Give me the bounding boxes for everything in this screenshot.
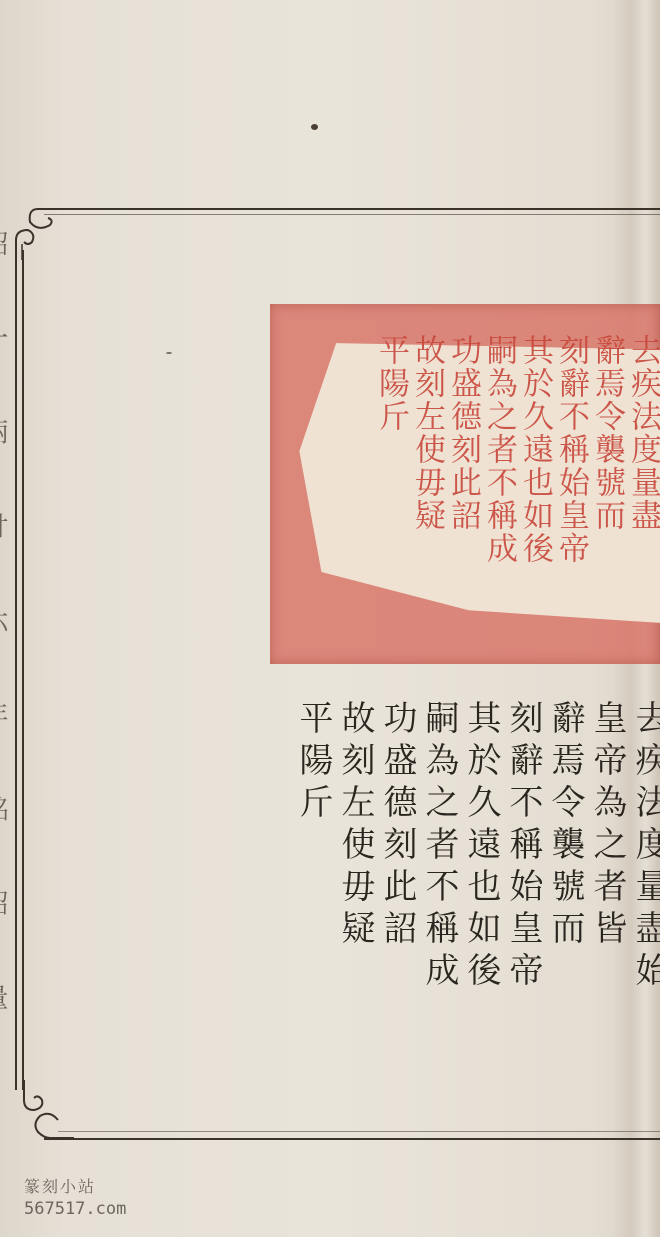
text-column: 辭焉令襲號而 xyxy=(548,700,582,1040)
seal-column: 其於久遠也如後 xyxy=(518,334,552,634)
text-column: 嗣為之者不稱成 xyxy=(422,700,456,1040)
watermark: 篆刻小站 567517.com xyxy=(24,1174,126,1219)
frame-left-inner-line xyxy=(22,250,24,1090)
book-page: 詔 一 兩 廿 六 年 銘 詔 量 去疾法度量盡 辭焉令襲號而 刻辭不稱始皇帝 … xyxy=(0,0,660,1237)
ink-speck xyxy=(166,352,172,354)
seal-column: 功盛德刻此詔 xyxy=(446,334,480,634)
text-column: 去疾法度量盡始 xyxy=(632,700,660,1040)
seal-column: 故刻左使毋疑 xyxy=(410,334,444,634)
frame-bottom-inner-line xyxy=(58,1131,660,1132)
seal-column: 辭焉令襲號而 xyxy=(590,334,624,634)
text-column: 其於久遠也如後 xyxy=(464,700,498,1040)
left-margin-text: 詔 一 兩 廿 六 年 銘 詔 量 xyxy=(0,230,12,1130)
frame-top-inner-line xyxy=(44,214,660,215)
watermark-url: 567517.com xyxy=(24,1199,126,1219)
text-column: 功盛德刻此詔 xyxy=(380,700,414,1040)
seal-column: 刻辭不稱始皇帝 xyxy=(554,334,588,634)
frame-left-line xyxy=(15,250,17,1090)
seal-column: 嗣為之者不稱成 xyxy=(482,334,516,634)
ink-speck xyxy=(311,124,318,130)
frame-bottom-line xyxy=(44,1138,660,1140)
seal-column: 平陽斤 xyxy=(374,334,408,634)
text-column: 刻辭不稱始皇帝 xyxy=(506,700,540,1040)
text-column: 故刻左使毋疑 xyxy=(338,700,372,1040)
frame-corner-top-left-icon xyxy=(8,200,68,260)
frame-top-line xyxy=(38,208,660,210)
text-column: 皇帝為之者皆 xyxy=(590,700,624,1040)
watermark-site-name: 篆刻小站 xyxy=(24,1174,126,1197)
text-column: 平陽斤 xyxy=(296,700,330,1040)
transcription-text: 去疾法度量盡始 皇帝為之者皆 辭焉令襲號而 刻辭不稱始皇帝 其於久遠也如後 嗣為… xyxy=(296,700,660,1040)
seal-column: 去疾法度量盡 xyxy=(626,334,660,634)
seal-inscription: 去疾法度量盡 辭焉令襲號而 刻辭不稱始皇帝 其於久遠也如後 嗣為之者不稱成 功盛… xyxy=(310,334,660,634)
frame-corner-bottom-left-icon xyxy=(14,1080,74,1142)
seal-impression: 去疾法度量盡 辭焉令襲號而 刻辭不稱始皇帝 其於久遠也如後 嗣為之者不稱成 功盛… xyxy=(270,304,660,664)
